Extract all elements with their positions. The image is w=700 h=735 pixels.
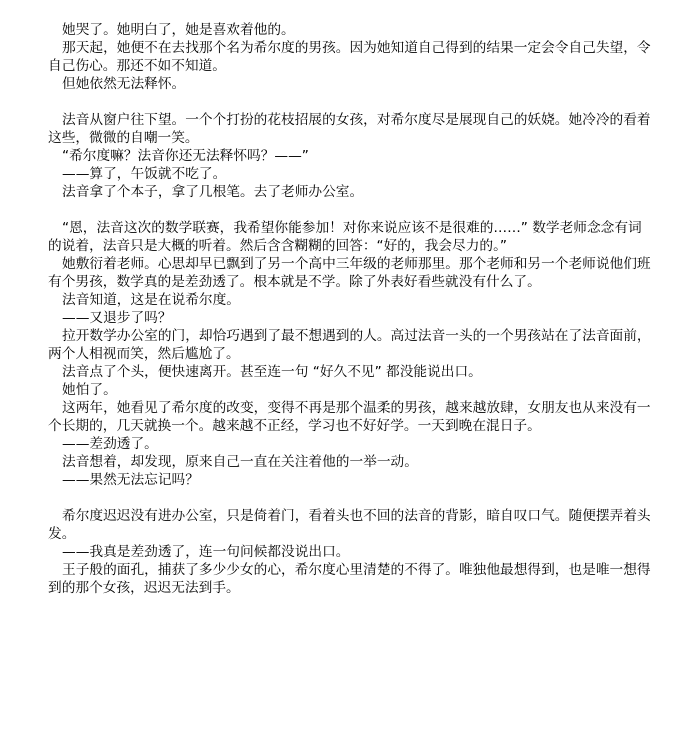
paragraph: “希尔度嘛？法音你还无法释怀吗？——”	[48, 147, 652, 165]
blank-line	[48, 489, 652, 507]
paragraph: ——算了，午饭就不吃了。	[48, 165, 652, 183]
paragraph: 希尔度迟迟没有进办公室，只是倚着门，看着头也不回的法音的背影，暗自叹口气。随便摆…	[48, 507, 652, 543]
paragraph: 她哭了。她明白了，她是喜欢着他的。	[48, 21, 652, 39]
paragraph: 法音点了个头，便快速离开。甚至连一句 “好久不见” 都没能说出口。	[48, 363, 652, 381]
paragraph: 王子般的面孔，捕获了多少少女的心，希尔度心里清楚的不得了。唯独他最想得到，也是唯…	[48, 561, 652, 597]
paragraph: ——又退步了吗？	[48, 309, 652, 327]
paragraph: 这两年，她看见了希尔度的改变，变得不再是那个温柔的男孩，越来越放肆，女朋友也从来…	[48, 399, 652, 435]
paragraph: 她敷衍着老师。心思却早已飘到了另一个高中三年级的老师那里。那个老师和另一个老师说…	[48, 255, 652, 291]
paragraph: 法音拿了个本子，拿了几根笔。去了老师办公室。	[48, 183, 652, 201]
paragraph: 她怕了。	[48, 381, 652, 399]
paragraph: ——差劲透了。	[48, 435, 652, 453]
blank-line	[48, 93, 652, 111]
paragraph: ——我真是差劲透了，连一句问候都没说出口。	[48, 543, 652, 561]
paragraph: 法音知道，这是在说希尔度。	[48, 291, 652, 309]
paragraph: 法音想着，却发现，原来自己一直在关注着他的一举一动。	[48, 453, 652, 471]
paragraph: 但她依然无法释怀。	[48, 75, 652, 93]
paragraph: 拉开数学办公室的门，却恰巧遇到了最不想遇到的人。高过法音一头的一个男孩站在了法音…	[48, 327, 652, 363]
document-body: 她哭了。她明白了，她是喜欢着他的。 那天起，她便不在去找那个名为希尔度的男孩。因…	[48, 21, 652, 597]
paragraph: “恩，法音这次的数学联赛，我希望你能参加！对你来说应该不是很难的……” 数学老师…	[48, 219, 652, 255]
blank-line	[48, 201, 652, 219]
paragraph: 那天起，她便不在去找那个名为希尔度的男孩。因为她知道自己得到的结果一定会令自己失…	[48, 39, 652, 75]
paragraph: 法音从窗户往下望。一个个打扮的花枝招展的女孩，对希尔度尽是展现自己的妖娆。她冷冷…	[48, 111, 652, 147]
paragraph: ——果然无法忘记吗？	[48, 471, 652, 489]
